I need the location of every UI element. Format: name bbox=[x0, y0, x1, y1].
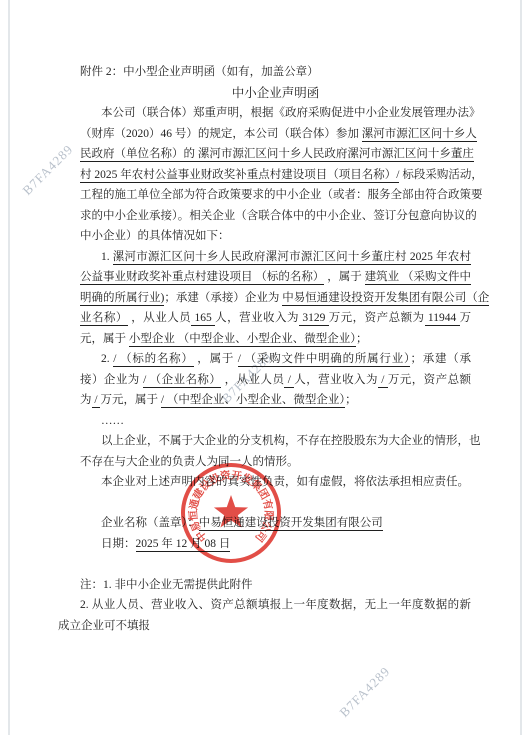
text-segment: 接）企业为 bbox=[80, 374, 143, 386]
text-segment: 本企业对上述声明内容的真实性负责，如有虚假，将依法承担相应责任。 bbox=[101, 476, 469, 488]
text-segment: 中小企业声明函 bbox=[232, 86, 320, 100]
text-segment: 工程的施工单位全部为符合政策要求的中小企业（或者：服务全部由符合政策要 bbox=[80, 189, 483, 201]
text-segment: 日期： bbox=[101, 538, 136, 550]
doc-line: 村 2025 年农村公益事业财政奖补重点村建设项目（项目名称）/ 标段采购活动， bbox=[80, 165, 471, 186]
doc-line: 工程的施工单位全部为符合政策要求的中小企业（或者：服务全部由符合政策要 bbox=[80, 185, 471, 206]
doc-line: 中小企业）的具体情况如下： bbox=[80, 226, 471, 247]
doc-line: 明确的所属行业)；承建（承接）企业为 中易恒通建设投资开发集团有限公司（企 bbox=[80, 288, 471, 309]
filled-blank: / （标的名称） bbox=[113, 353, 193, 367]
text-segment: 万元，属于 bbox=[100, 394, 160, 406]
watermark-code: B7FA4289 bbox=[19, 141, 76, 198]
text-segment: 2. bbox=[101, 353, 113, 365]
text-segment: ； bbox=[345, 394, 357, 406]
text-segment: ；承建（承 bbox=[410, 353, 471, 365]
text-segment: 人，营业收入为 bbox=[215, 312, 299, 324]
doc-line: 业名称） ，从业人员 165 人，营业收入为 3129 万元，资产总额为 119… bbox=[80, 308, 471, 329]
text-segment: ，从业人员 bbox=[221, 374, 284, 386]
text-segment: 1. bbox=[101, 251, 113, 263]
text-segment: ；承建（承接）企业为 bbox=[164, 292, 282, 304]
doc-line: 1. 漯河市源汇区问十乡人民政府漯河市源汇区问十乡董庄村 2025 年农村 bbox=[80, 247, 471, 268]
filled-blank: 漯河市源汇区问十乡人 bbox=[362, 128, 477, 142]
text-segment: 附件 2：中小型企业声明函（如有，加盖公章） bbox=[80, 66, 319, 78]
doc-title: 中小企业声明函 bbox=[80, 83, 471, 104]
doc-line: 以上企业，不属于大企业的分支机构，不存在控股股东为大企业的情形，也 bbox=[80, 431, 471, 452]
doc-line: 求的中小企业承接）。相关企业（含联合体中的中小企业、签订分包意向协议的 bbox=[80, 206, 471, 227]
text-segment: 人，营业收入为 bbox=[294, 374, 378, 386]
page-right-edge bbox=[520, 0, 522, 735]
filled-blank: 小型企业 （中型企业、小型企业、微型企业） bbox=[129, 333, 356, 347]
doc-line: 元，属于 小型企业 （中型企业、小型企业、微型企业）； bbox=[80, 329, 471, 350]
filled-blank: 中易恒通建设投资开发集团有限公司（企 bbox=[282, 292, 489, 306]
note-line-3: 成立企业可不填报 bbox=[58, 616, 471, 637]
filled-blank: / bbox=[284, 374, 294, 388]
text-segment: 本公司（联合体）郑重声明，根据《政府采购促进中小企业发展管理办法》 bbox=[101, 107, 481, 119]
filled-blank: 公益事业财政奖补重点村建设项目 （标的名称） bbox=[80, 271, 324, 285]
doc-line: （财库（2020）46 号）的规定，本公司（联合体）参加 漯河市源汇区问十乡人 bbox=[80, 124, 471, 145]
note-line-1: 注：1. 非中小企业无需提供此附件 bbox=[80, 575, 471, 596]
doc-line: …… bbox=[80, 411, 471, 432]
filled-blank: 建筑业 （采购文件中 bbox=[365, 271, 471, 285]
company-seal: 中易恒通建设投资开发集团有限公司 bbox=[181, 463, 281, 563]
filled-blank: 165 bbox=[191, 312, 215, 326]
text-segment: ； bbox=[356, 333, 368, 345]
star-icon bbox=[213, 495, 249, 531]
text-segment: 以上企业，不属于大企业的分支机构，不存在控股股东为大企业的情形，也 bbox=[101, 435, 481, 447]
filled-blank: 3129 bbox=[299, 312, 329, 326]
filled-blank: / （中型企业、小型企业、微型企业） bbox=[161, 394, 345, 408]
text-segment: 注：1. 非中小企业无需提供此附件 bbox=[80, 579, 253, 591]
filled-blank: 11944 bbox=[425, 312, 460, 326]
text-segment: ，属于 bbox=[324, 271, 364, 283]
text-segment: 2. 从业人员、营业收入、资产总额填报上一年度数据，无上一年度数据的新 bbox=[80, 599, 471, 611]
text-segment: 标段采购活动， bbox=[399, 169, 482, 181]
text-segment: 求的中小企业承接）。相关企业（含联合体中的中小企业、签订分包意向协议的 bbox=[80, 210, 477, 222]
filled-blank: 明确的所属行业) bbox=[80, 292, 164, 306]
filled-blank: 民政府（单位名称）的 漯河市源汇区问十乡人民政府漯河市源汇区问十乡董庄 bbox=[80, 148, 474, 162]
filled-blank: 漯河市源汇区问十乡人民政府漯河市源汇区问十乡董庄村 2025 年农村 bbox=[113, 251, 471, 265]
text-segment: 万 bbox=[460, 312, 472, 324]
text-segment: 万元，资产总额 bbox=[388, 374, 471, 386]
text-segment: ，属于 bbox=[194, 353, 238, 365]
filled-blank: / （企业名称） bbox=[143, 374, 221, 388]
filled-blank: 村 2025 年农村公益事业财政奖补重点村建设项目（项目名称）/ bbox=[80, 169, 399, 183]
text-segment: …… bbox=[101, 415, 124, 427]
doc-line: 民政府（单位名称）的 漯河市源汇区问十乡人民政府漯河市源汇区问十乡董庄 bbox=[80, 144, 471, 165]
doc-line: 接）企业为 / （企业名称） ，从业人员 / 人，营业收入为 / 万元，资产总额 bbox=[80, 370, 471, 391]
filled-blank: 业名称） bbox=[80, 312, 128, 326]
doc-line: 公益事业财政奖补重点村建设项目 （标的名称） ，属于 建筑业 （采购文件中 bbox=[80, 267, 471, 288]
page-left-edge bbox=[8, 0, 10, 735]
text-segment: 成立企业可不填报 bbox=[58, 620, 150, 632]
text-segment: 中小企业）的具体情况如下： bbox=[80, 230, 230, 242]
attachment-heading: 附件 2：中小型企业声明函（如有，加盖公章） bbox=[80, 62, 471, 83]
text-segment: ，从业人员 bbox=[128, 312, 191, 324]
text-segment: （财库（2020）46 号）的规定，本公司（联合体）参加 bbox=[80, 128, 362, 140]
note-line-2: 2. 从业人员、营业收入、资产总额填报上一年度数据，无上一年度数据的新 bbox=[80, 595, 471, 616]
doc-line: 为 / 万元，属于 / （中型企业、小型企业、微型企业）； bbox=[80, 390, 471, 411]
filled-blank: / （采购文件中明确的所属行业） bbox=[238, 353, 411, 367]
watermark-code: B7FA4289 bbox=[336, 663, 393, 720]
doc-line: 2. / （标的名称） ，属于 / （采购文件中明确的所属行业）；承建（承 bbox=[80, 349, 471, 370]
doc-line: 本公司（联合体）郑重声明，根据《政府采购促进中小企业发展管理办法》 bbox=[80, 103, 471, 124]
filled-blank: / bbox=[378, 374, 388, 388]
text-segment: 元，属于 bbox=[80, 333, 129, 345]
text-segment: 万元，资产总额为 bbox=[329, 312, 425, 324]
document-page: B7FA4289B7FA4289B7FA4289 附件 2：中小型企业声明函（如… bbox=[0, 0, 524, 735]
text-segment: 为 bbox=[80, 394, 92, 406]
seal-char: 恒 bbox=[188, 510, 199, 521]
